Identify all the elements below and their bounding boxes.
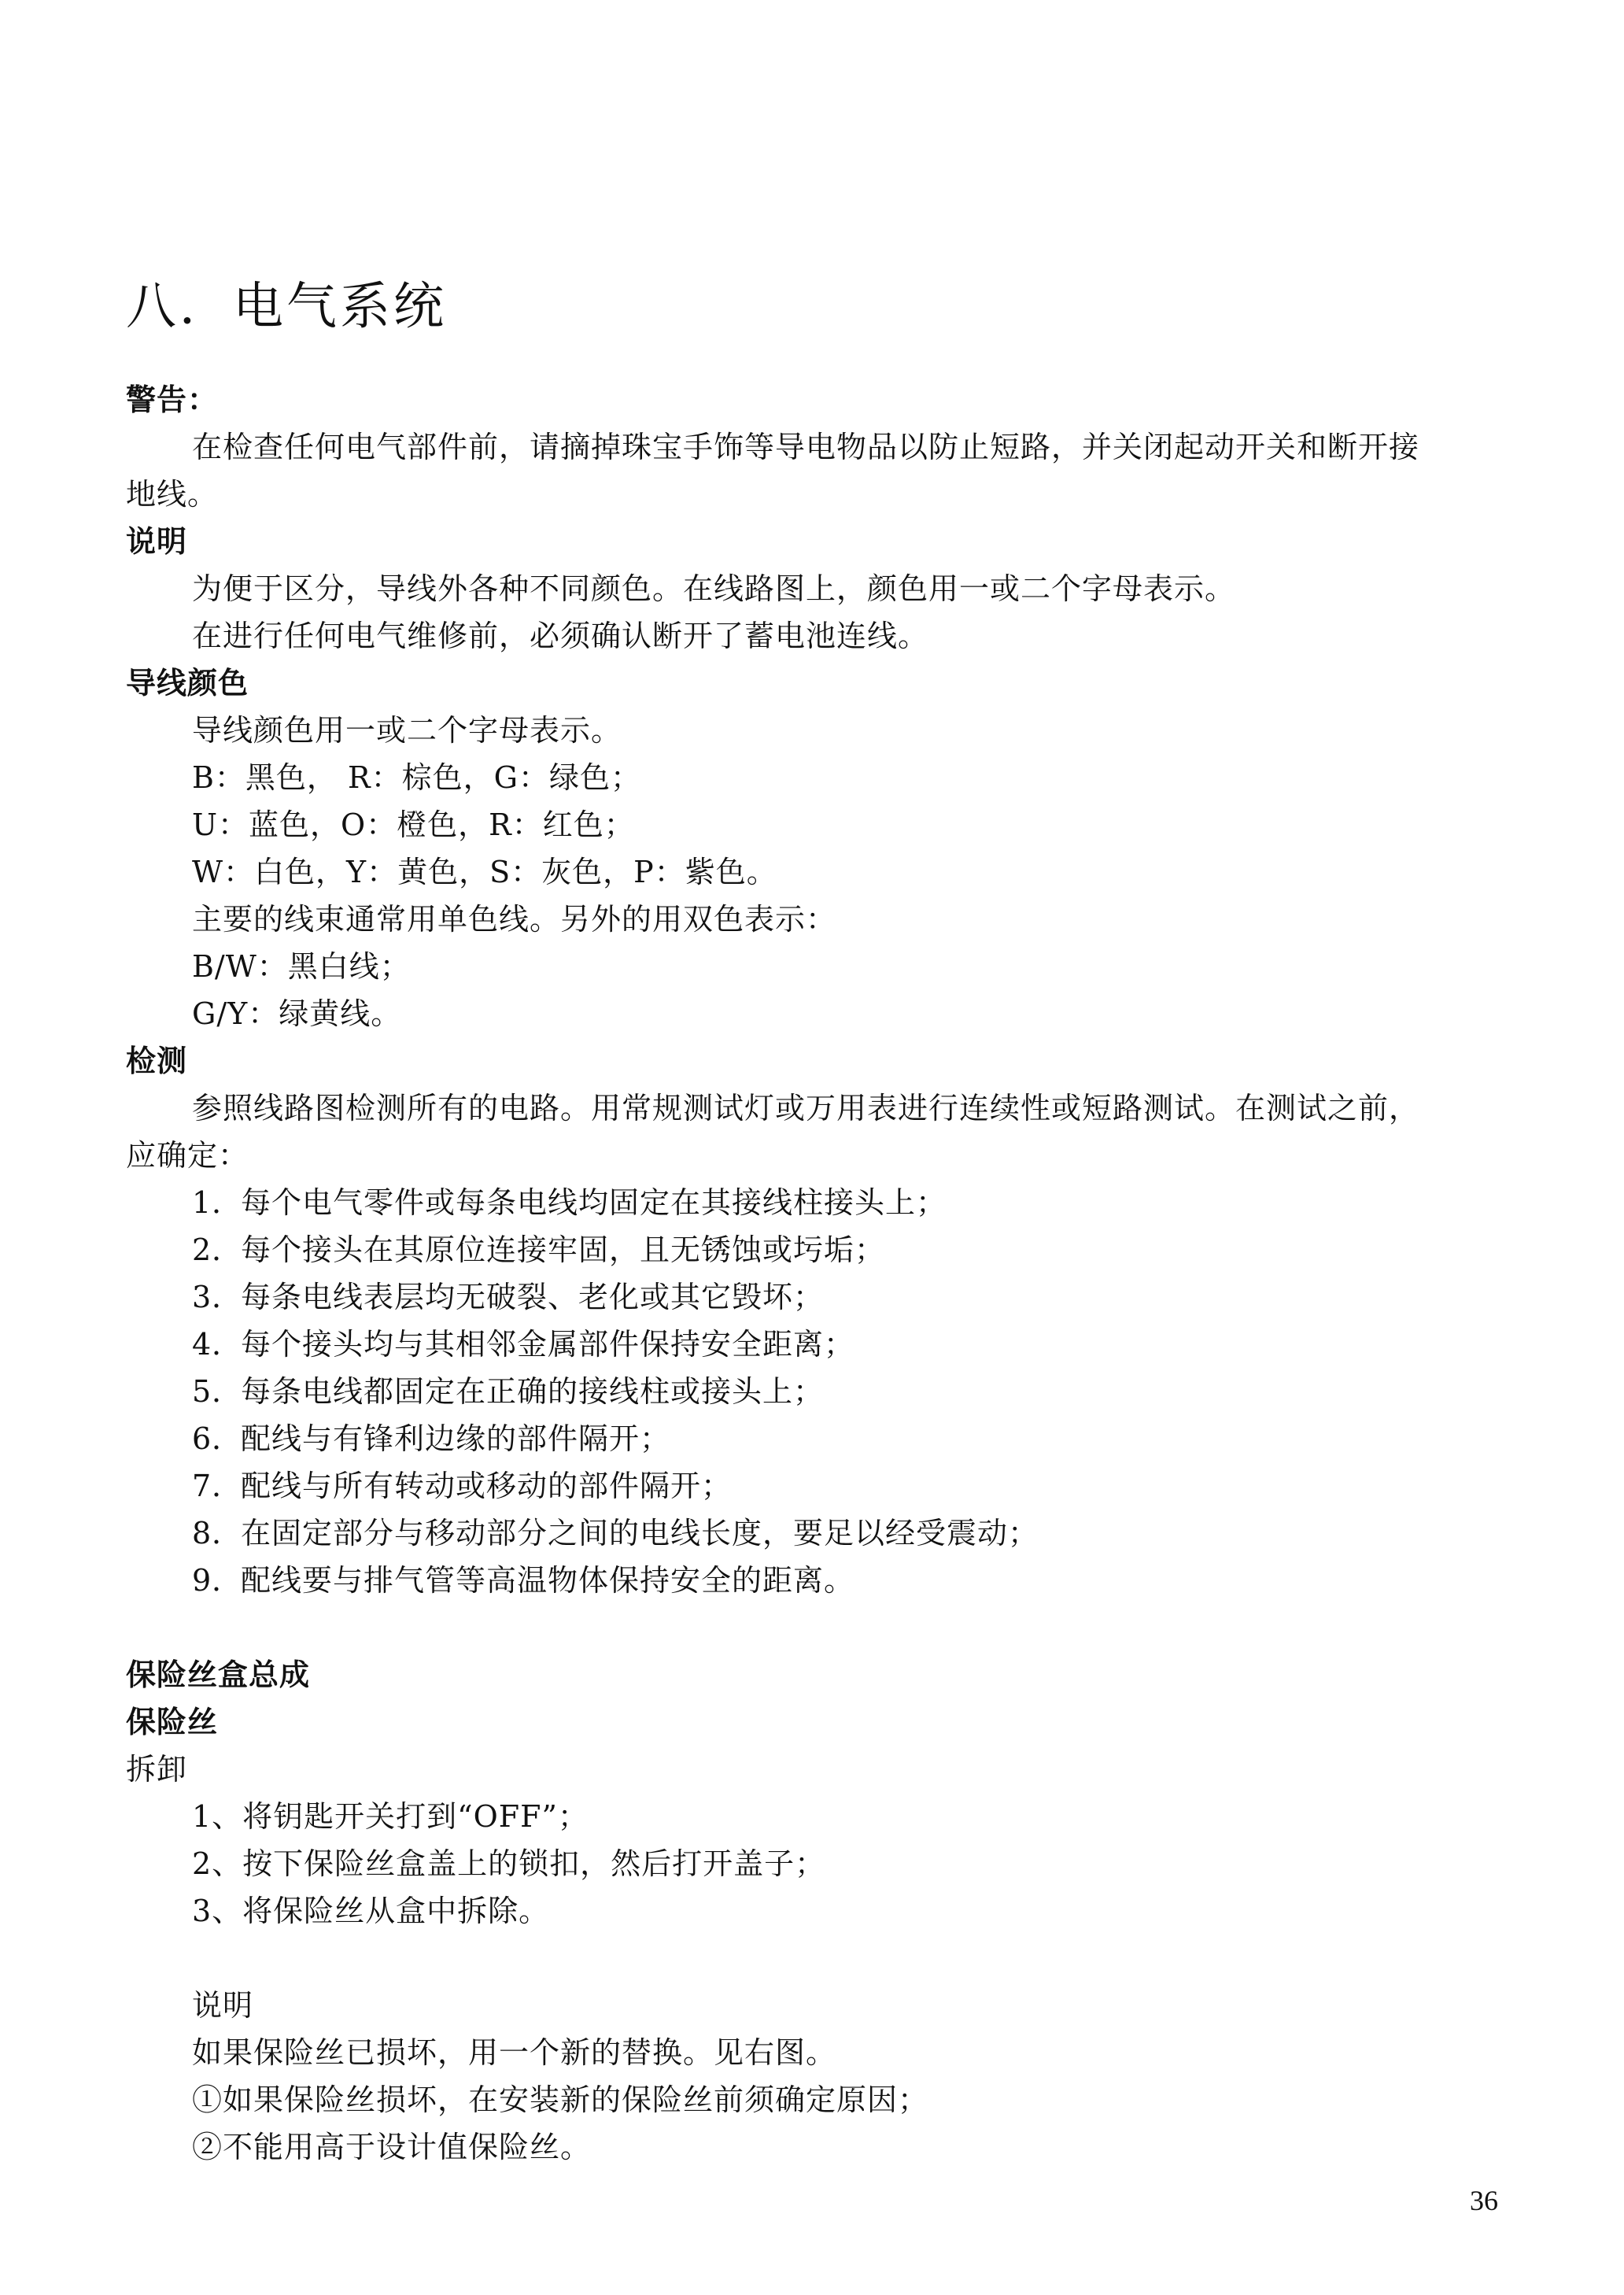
fuse-box-heading: 保险丝盒总成 [126, 1651, 310, 1698]
inspection-item: 9．配线要与排气管等高温物体保持安全的距离。 [192, 1557, 854, 1604]
removal-step-1: 1、将钥匙开关打到“OFF”； [192, 1793, 589, 1840]
wire-color-codes-line-1: B：黑色， R：棕色，G：绿色； [192, 754, 641, 801]
item-number: 8． [192, 1510, 241, 1557]
item-text: 每条电线都固定在正确的接线柱或接头上； [241, 1374, 824, 1409]
fuse-note-line-3: ②不能用高于设计值保险丝。 [192, 2123, 591, 2171]
inspection-heading: 检测 [126, 1037, 187, 1085]
wire-colors-intro: 导线颜色用一或二个字母表示。 [192, 707, 622, 754]
section-title: 八．电气系统 [126, 272, 447, 342]
warning-text-line-1: 在检查任何电气部件前，请摘掉珠宝手饰等导电物品以防止短路，并关闭起动开关和断开接 [192, 423, 1419, 471]
wire-dual-color-line-2: G/Y：绿黄线。 [192, 990, 401, 1037]
wire-color-codes-line-2: U：蓝色，O：橙色，R：红色； [192, 801, 635, 848]
item-number: 7． [192, 1462, 241, 1510]
inspection-text-line-1: 参照线路图检测所有的电路。用常规测试灯或万用表进行连续性或短路测试。在测试之前， [192, 1085, 1419, 1132]
inspection-item: 2．每个接头在其原位连接牢固，且无锈蚀或圬垢； [192, 1226, 885, 1273]
note-line-2: 在进行任何电气维修前，必须确认断开了蓄电池连线。 [192, 612, 928, 660]
item-text: 配线与所有转动或移动的部件隔开； [241, 1469, 732, 1503]
fuse-note-line-1: 如果保险丝已损坏，用一个新的替换。见右图。 [192, 2029, 836, 2076]
inspection-item: 3．每条电线表层均无破裂、老化或其它毁坏； [192, 1273, 824, 1321]
item-text: 在固定部分与移动部分之间的电线长度，要足以经受震动； [241, 1516, 1039, 1550]
item-text: 每个接头在其原位连接牢固，且无锈蚀或圬垢； [241, 1232, 885, 1267]
removal-label: 拆卸 [126, 1746, 187, 1793]
item-number: 6． [192, 1415, 241, 1462]
wire-dual-color-intro: 主要的线束通常用单色线。另外的用双色表示： [192, 896, 836, 943]
item-text: 每个电气零件或每条电线均固定在其接线柱接头上； [241, 1185, 947, 1220]
item-text: 每条电线表层均无破裂、老化或其它毁坏； [241, 1280, 824, 1314]
item-number: 3． [192, 1273, 241, 1321]
removal-step-3: 3、将保险丝从盒中拆除。 [192, 1887, 549, 1935]
item-number: 2． [192, 1226, 241, 1273]
inspection-item: 7．配线与所有转动或移动的部件隔开； [192, 1462, 732, 1510]
fuse-note-label: 说明 [192, 1982, 253, 2029]
page-number: 36 [1470, 2177, 1498, 2224]
inspection-item: 8．在固定部分与移动部分之间的电线长度，要足以经受震动； [192, 1510, 1039, 1557]
warning-heading: 警告： [126, 376, 218, 423]
fuse-note-line-2: ①如果保险丝损坏，在安装新的保险丝前须确定原因； [192, 2076, 928, 2123]
inspection-item: 5．每条电线都固定在正确的接线柱或接头上； [192, 1368, 824, 1415]
item-text: 每个接头均与其相邻金属部件保持安全距离； [241, 1327, 854, 1362]
note-line-1: 为便于区分，导线外各种不同颜色。在线路图上，颜色用一或二个字母表示。 [192, 565, 1235, 612]
document-page: 八．电气系统 警告： 在检查任何电气部件前，请摘掉珠宝手饰等导电物品以防止短路，… [0, 0, 1624, 2295]
item-number: 9． [192, 1557, 241, 1604]
fuse-subheading: 保险丝 [126, 1698, 218, 1746]
wire-color-codes-line-3: W：白色，Y：黄色，S：灰色，P：紫色。 [192, 848, 777, 896]
inspection-item: 4．每个接头均与其相邻金属部件保持安全距离； [192, 1321, 854, 1368]
inspection-item: 1．每个电气零件或每条电线均固定在其接线柱接头上； [192, 1179, 947, 1226]
warning-text-line-2: 地线。 [126, 471, 218, 518]
wire-dual-color-line-1: B/W：黑白线； [192, 943, 411, 990]
inspection-text-line-2: 应确定： [126, 1132, 249, 1179]
inspection-item: 6．配线与有锋利边缘的部件隔开； [192, 1415, 670, 1462]
note-heading: 说明 [126, 518, 187, 565]
item-number: 1． [192, 1179, 241, 1226]
item-text: 配线要与排气管等高温物体保持安全的距离。 [241, 1563, 854, 1598]
item-number: 4． [192, 1321, 241, 1368]
removal-step-2: 2、按下保险丝盒盖上的锁扣，然后打开盖子； [192, 1840, 825, 1887]
item-text: 配线与有锋利边缘的部件隔开； [241, 1421, 670, 1456]
wire-colors-heading: 导线颜色 [126, 660, 249, 707]
item-number: 5． [192, 1368, 241, 1415]
